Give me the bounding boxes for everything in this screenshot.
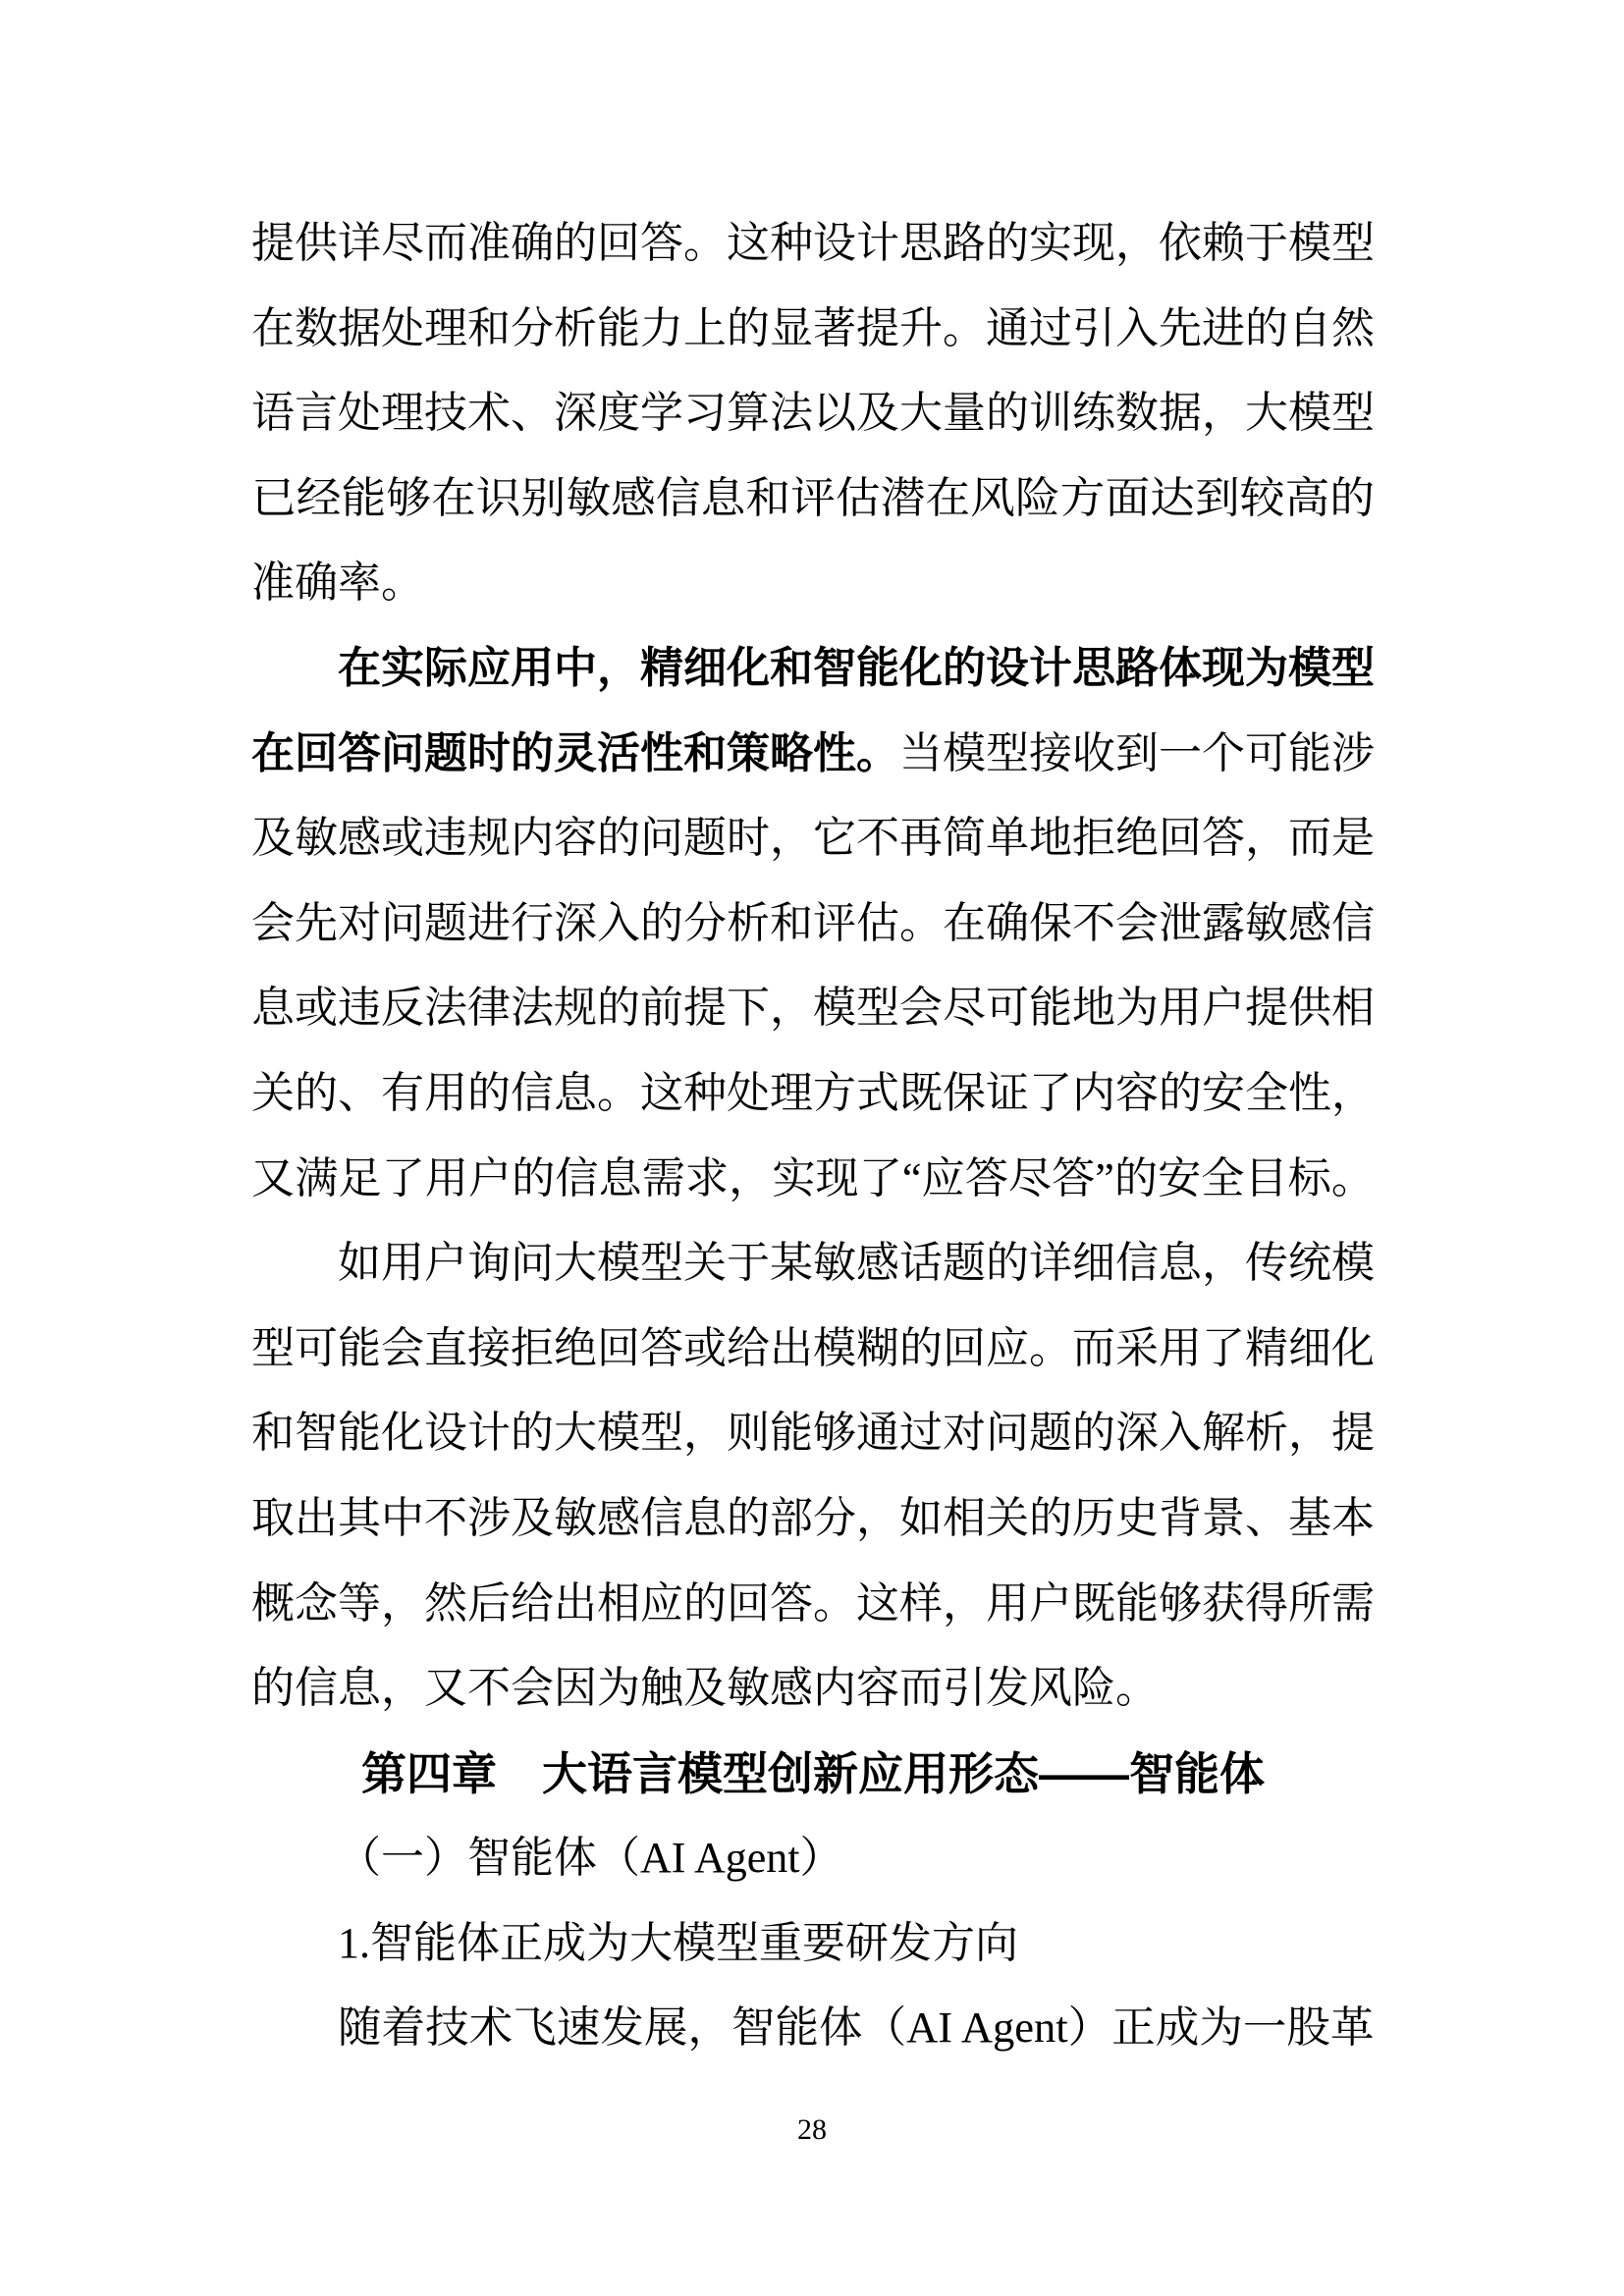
text-segment: 1.智能体正成为大模型重要研发方向 (338, 1919, 1018, 1967)
line-text: 已经能够在识别敏感信息和评估潜在风险方面达到较高的 (251, 456, 1375, 542)
text-segment: 型可能会直接拒绝回答或给出模糊的回应。而采用了精细化 (251, 1324, 1375, 1372)
text-segment: 及敏感或违规内容的问题时，它不再简单地拒绝回答，而是 (251, 814, 1375, 862)
body-text-line: 准确率。 (251, 541, 1375, 626)
body-text-line: 如用户询问大模型关于某敏感话题的详细信息，传统模 (251, 1221, 1375, 1307)
text-segment: （一）智能体（AI Agent） (338, 1834, 843, 1882)
line-text: 提供详尽而准确的回答。这种设计思路的实现，依赖于模型 (251, 201, 1375, 287)
body-text-line: 会先对问题进行深入的分析和评估。在确保不会泄露敏感信 (251, 881, 1375, 967)
body-text-line: 关的、有用的信息。这种处理方式既保证了内容的安全性， (251, 1051, 1375, 1137)
document-page: 提供详尽而准确的回答。这种设计思路的实现，依赖于模型在数据处理和分析能力上的显著… (0, 0, 1624, 2296)
body-text-line: 概念等，然后给出相应的回答。这样，用户既能够获得所需 (251, 1562, 1375, 1647)
body-text-line: 及敏感或违规内容的问题时，它不再简单地拒绝回答，而是 (251, 796, 1375, 881)
page-content: 提供详尽而准确的回答。这种设计思路的实现，依赖于模型在数据处理和分析能力上的显著… (251, 201, 1375, 2071)
body-text-line: 的信息，又不会因为触及敏感内容而引发风险。 (251, 1646, 1375, 1732)
line-text: 取出其中不涉及敏感信息的部分，如相关的历史背景、基本 (251, 1476, 1375, 1562)
text-segment: 在数据处理和分析能力上的显著提升。通过引入先进的自然 (251, 304, 1375, 352)
line-text: 又满足了用户的信息需求，实现了“应答尽答”的安全目标。 (251, 1137, 1375, 1222)
text-segment: 已经能够在识别敏感信息和评估潜在风险方面达到较高的 (251, 474, 1375, 522)
line-text: 型可能会直接拒绝回答或给出模糊的回应。而采用了精细化 (251, 1307, 1375, 1392)
text-segment: 又满足了用户的信息需求，实现了“应答尽答”的安全目标。 (251, 1154, 1375, 1202)
line-text: 随着技术飞速发展，智能体（AI Agent）正成为一股革 (338, 1986, 1375, 2071)
line-text: 在实际应用中，精细化和智能化的设计思路体现为模型 (338, 626, 1375, 712)
text-segment: 息或违反法律法规的前提下，模型会尽可能地为用户提供相 (251, 984, 1375, 1032)
text-segment: 如用户询问大模型关于某敏感话题的详细信息，传统模 (338, 1239, 1375, 1287)
line-text: 概念等，然后给出相应的回答。这样，用户既能够获得所需 (251, 1562, 1375, 1647)
body-text-line: 已经能够在识别敏感信息和评估潜在风险方面达到较高的 (251, 456, 1375, 542)
line-text: 如用户询问大模型关于某敏感话题的详细信息，传统模 (338, 1221, 1375, 1307)
body-text-line: 语言处理技术、深度学习算法以及大量的训练数据，大模型 (251, 371, 1375, 456)
text-segment: 随着技术飞速发展，智能体（AI Agent）正成为一股革 (338, 2003, 1375, 2052)
line-text: 在回答问题时的灵活性和策略性。当模型接收到一个可能涉 (251, 712, 1375, 797)
body-text-line: 在数据处理和分析能力上的显著提升。通过引入先进的自然 (251, 287, 1375, 372)
text-segment: 概念等，然后给出相应的回答。这样，用户既能够获得所需 (251, 1579, 1375, 1628)
body-text-line: 提供详尽而准确的回答。这种设计思路的实现，依赖于模型 (251, 201, 1375, 287)
section-heading: （一）智能体（AI Agent） (251, 1816, 1375, 1901)
line-text: 准确率。 (251, 541, 424, 626)
body-text-line: 取出其中不涉及敏感信息的部分，如相关的历史背景、基本 (251, 1476, 1375, 1562)
line-text: （一）智能体（AI Agent） (338, 1816, 843, 1901)
line-text: 的信息，又不会因为触及敏感内容而引发风险。 (251, 1646, 1159, 1732)
line-text: 息或违反法律法规的前提下，模型会尽可能地为用户提供相 (251, 966, 1375, 1051)
text-segment: 在实际应用中，精细化和智能化的设计思路体现为模型 (338, 644, 1375, 692)
line-text: 会先对问题进行深入的分析和评估。在确保不会泄露敏感信 (251, 881, 1375, 967)
text-segment: 提供详尽而准确的回答。这种设计思路的实现，依赖于模型 (251, 219, 1375, 267)
body-text-line: 在实际应用中，精细化和智能化的设计思路体现为模型 (251, 626, 1375, 712)
text-segment: 当模型接收到一个可能涉 (899, 729, 1375, 777)
text-segment: 的信息，又不会因为触及敏感内容而引发风险。 (251, 1664, 1159, 1712)
body-text-line: 在回答问题时的灵活性和策略性。当模型接收到一个可能涉 (251, 712, 1375, 797)
body-text-line: 和智能化设计的大模型，则能够通过对问题的深入解析，提 (251, 1391, 1375, 1476)
chapter-heading: 第四章 大语言模型创新应用形态——智能体 (251, 1732, 1375, 1817)
text-segment: 准确率。 (251, 559, 424, 607)
text-segment: 第四章 大语言模型创新应用形态——智能体 (361, 1748, 1265, 1799)
text-segment: 在回答问题时的灵活性和策略性。 (251, 729, 899, 777)
body-text-line: 型可能会直接拒绝回答或给出模糊的回应。而采用了精细化 (251, 1307, 1375, 1392)
line-text: 和智能化设计的大模型，则能够通过对问题的深入解析，提 (251, 1391, 1375, 1476)
line-text: 及敏感或违规内容的问题时，它不再简单地拒绝回答，而是 (251, 796, 1375, 881)
line-text: 关的、有用的信息。这种处理方式既保证了内容的安全性， (251, 1051, 1375, 1137)
numbered-heading: 1.智能体正成为大模型重要研发方向 (251, 1901, 1375, 1987)
line-text: 语言处理技术、深度学习算法以及大量的训练数据，大模型 (251, 371, 1375, 456)
text-segment: 语言处理技术、深度学习算法以及大量的训练数据，大模型 (251, 389, 1375, 437)
page-number: 28 (0, 2110, 1624, 2150)
text-segment: 会先对问题进行深入的分析和评估。在确保不会泄露敏感信 (251, 899, 1375, 947)
body-text-line: 息或违反法律法规的前提下，模型会尽可能地为用户提供相 (251, 966, 1375, 1051)
line-text: 1.智能体正成为大模型重要研发方向 (338, 1901, 1018, 1987)
line-text: 第四章 大语言模型创新应用形态——智能体 (361, 1732, 1265, 1817)
text-segment: 关的、有用的信息。这种处理方式既保证了内容的安全性， (251, 1069, 1375, 1117)
body-text-line: 又满足了用户的信息需求，实现了“应答尽答”的安全目标。 (251, 1137, 1375, 1222)
body-text-line: 随着技术飞速发展，智能体（AI Agent）正成为一股革 (251, 1986, 1375, 2071)
text-segment: 取出其中不涉及敏感信息的部分，如相关的历史背景、基本 (251, 1494, 1375, 1542)
text-segment: 和智能化设计的大模型，则能够通过对问题的深入解析，提 (251, 1409, 1375, 1457)
line-text: 在数据处理和分析能力上的显著提升。通过引入先进的自然 (251, 287, 1375, 372)
